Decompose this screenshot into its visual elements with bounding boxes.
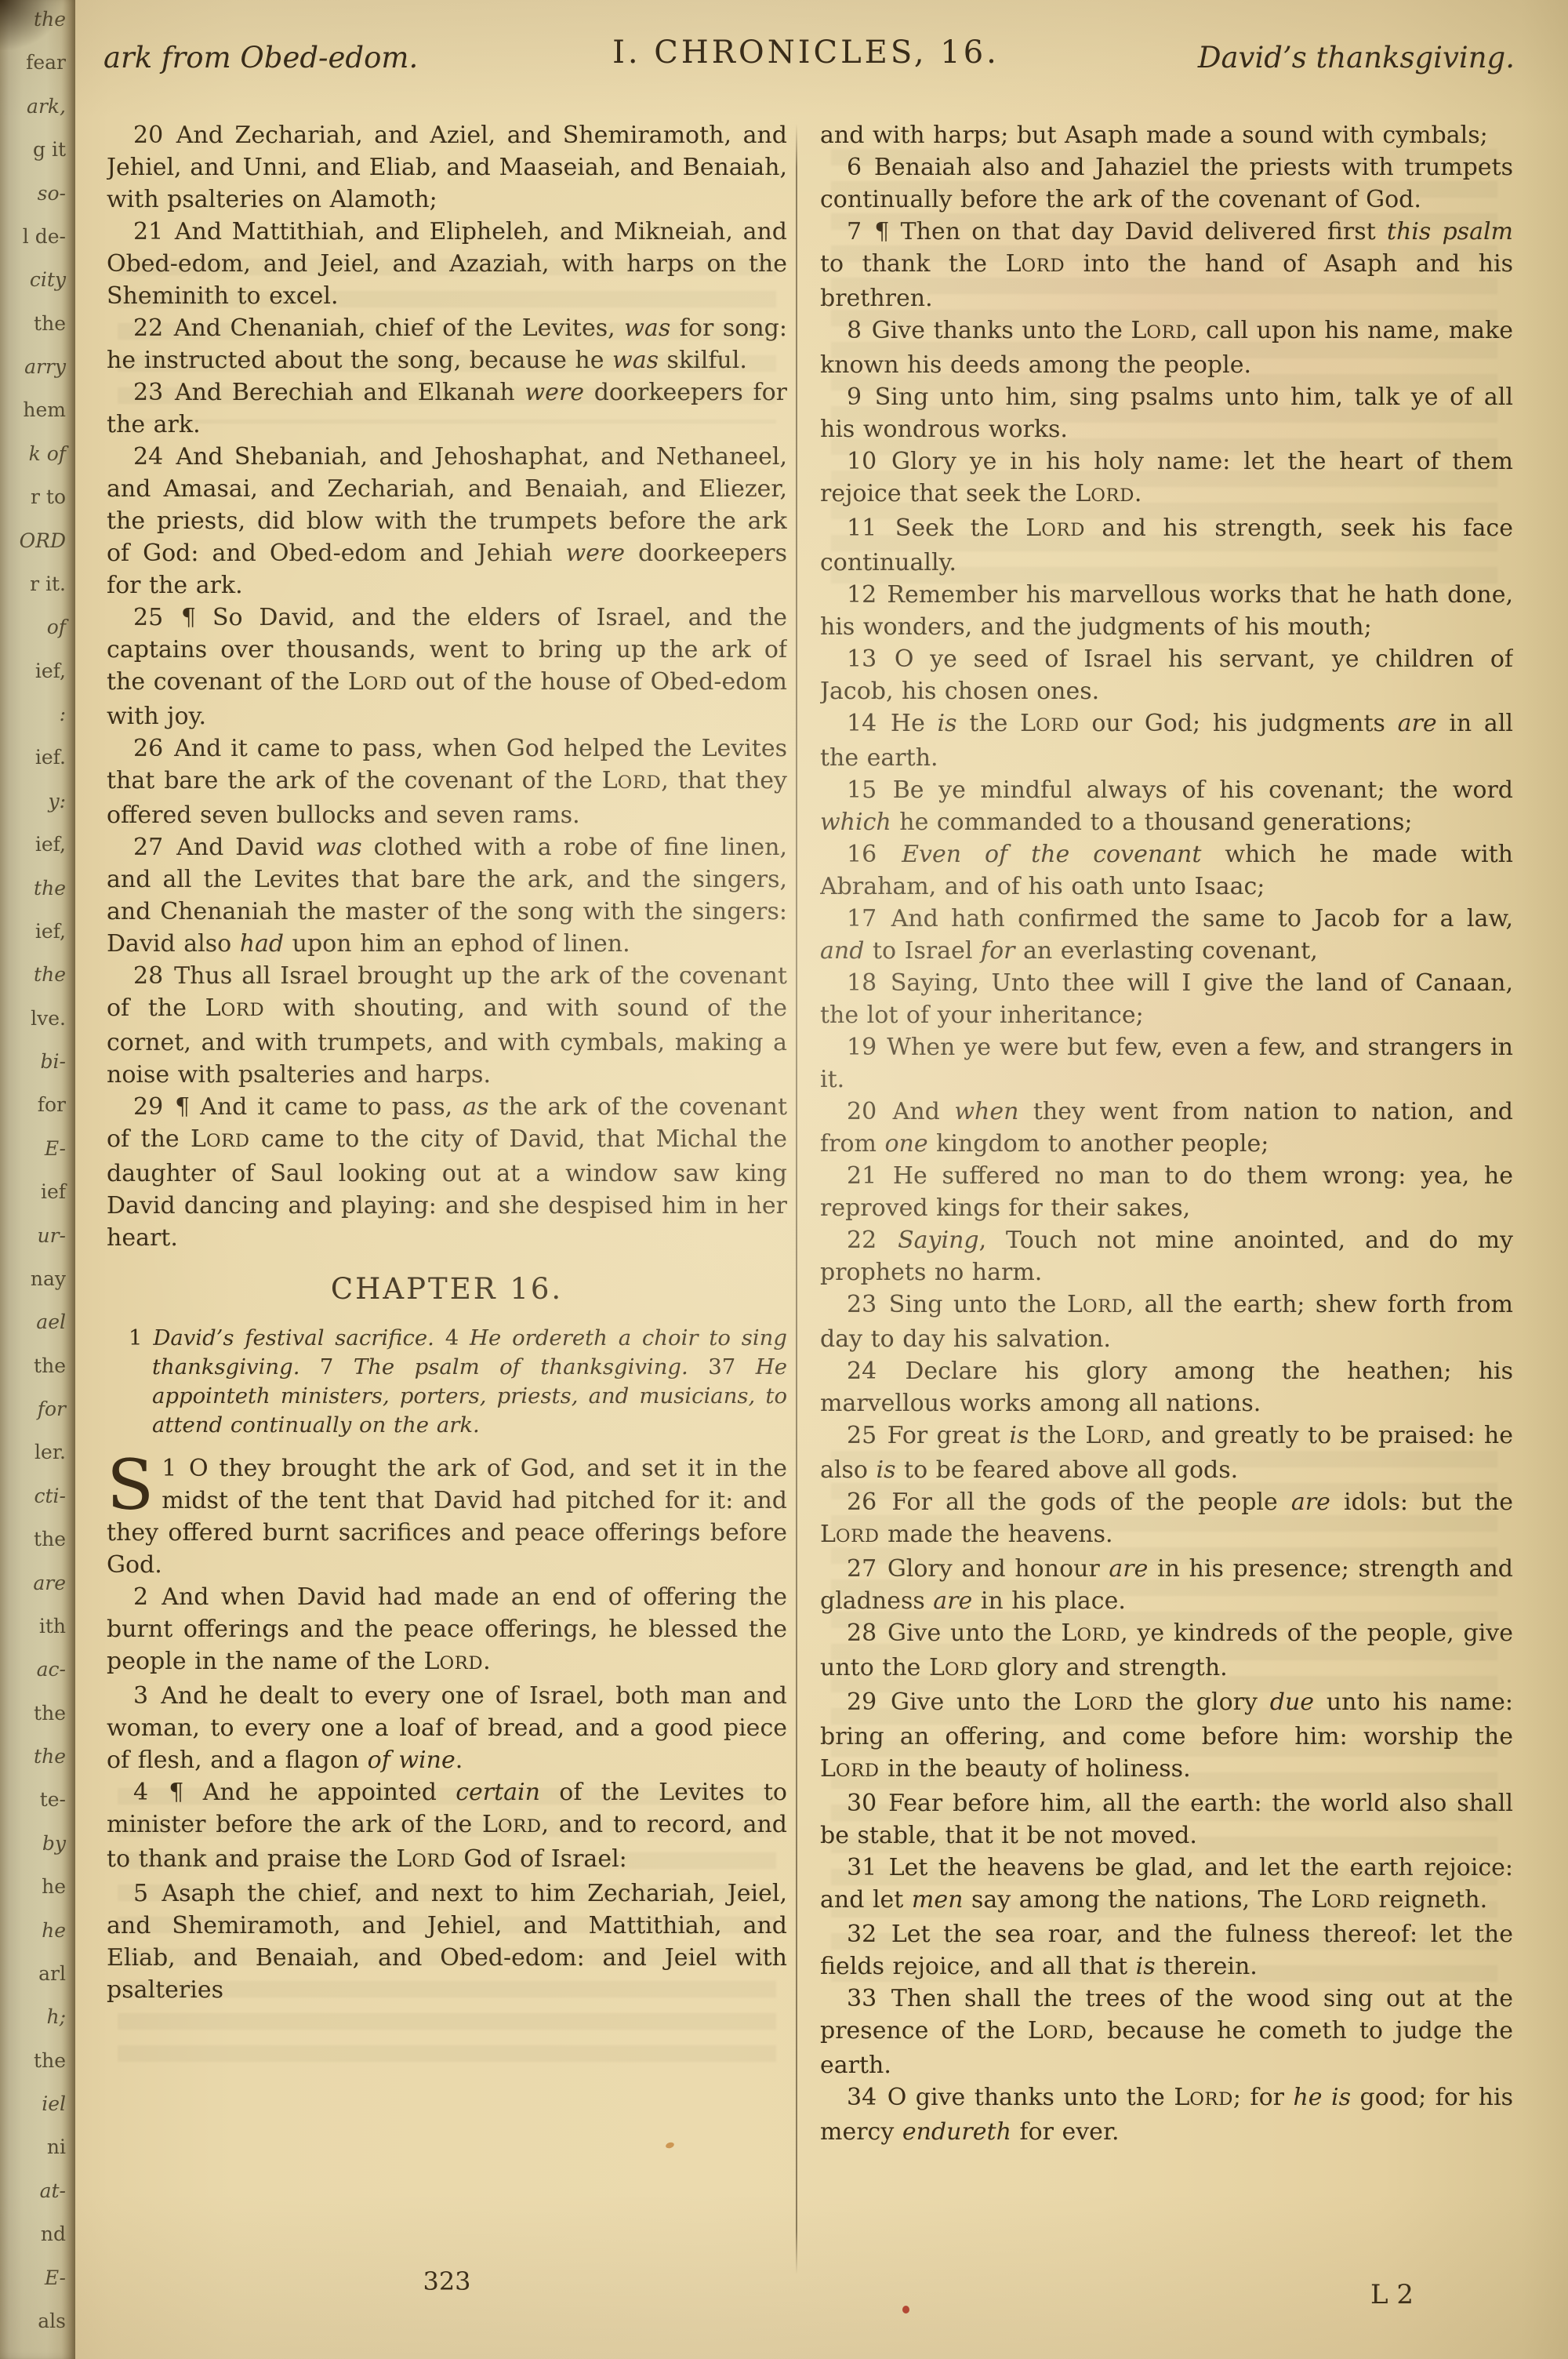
gutter-fragment: the [34, 965, 66, 984]
verse-number: 21 [133, 218, 165, 245]
verse-number: 4 [133, 1779, 150, 1806]
gutter-fragment: ief, [35, 661, 66, 681]
pilcrow-mark: ¶ [169, 1779, 202, 1806]
divine-name-smallcaps: LORD [348, 668, 408, 696]
italic-supplied-word: is [1136, 1953, 1156, 1980]
verse: 5 Asaph the chief, and next to him Zecha… [107, 1877, 787, 2006]
verse-number: 20 [133, 122, 165, 149]
verse-number: 24 [847, 1358, 878, 1385]
red-ink-stain [902, 2306, 909, 2314]
verse: 28 Give unto the LORD, ye kindreds of th… [820, 1617, 1513, 1686]
gutter-fragment: for [38, 1095, 66, 1114]
verse: 27 Glory and honour are in his presence;… [820, 1553, 1513, 1617]
signature-mark: L 2 [1370, 2279, 1414, 2310]
verse-number: 27 [847, 1555, 878, 1583]
verse: S1 O they brought the ark of God, and se… [107, 1452, 787, 1581]
divine-name-smallcaps: LORD [1174, 2084, 1233, 2111]
verse: 24 Declare his glory among the heathen; … [820, 1355, 1513, 1419]
verse-number: 23 [847, 1291, 878, 1318]
verse: 33 Then shall the trees of the wood sing… [820, 1983, 1513, 2081]
gutter-fragment: city [30, 270, 66, 289]
verse: 19 When ye were but few, even a few, and… [820, 1031, 1513, 1096]
divine-name-smallcaps: LORD [191, 1125, 250, 1153]
verse-number: 14 [847, 710, 878, 737]
gutter-fragment: ur- [38, 1226, 67, 1245]
verse: 22 And Chenaniah, chief of the Levites, … [107, 312, 787, 376]
verse: 26 For all the gods of the people are id… [820, 1486, 1513, 1553]
italic-supplied-word: this psalm [1387, 218, 1513, 245]
verse: 23 Sing unto the LORD, all the earth; sh… [820, 1289, 1513, 1355]
gutter-fragment: fear [26, 53, 66, 72]
gutter-fragment: ORD [20, 531, 66, 551]
gutter-fragment: lve. [31, 1009, 66, 1028]
verse: 21 He suffered no man to do them wrong: … [820, 1160, 1513, 1224]
verse: 20 And Zechariah, and Aziel, and Shemira… [107, 119, 787, 216]
drop-cap: S [107, 1452, 162, 1512]
italic-supplied-word: The psalm of thanksgiving. [354, 1354, 708, 1379]
verse: 22 Saying, Touch not mine anointed, and … [820, 1224, 1513, 1289]
gutter-fragment: r it. [30, 574, 66, 594]
verse: 2 And when David had made an end of offe… [107, 1581, 787, 1680]
gutter-fragment: ith [39, 1616, 66, 1636]
italic-supplied-word: he is [1293, 2084, 1351, 2111]
divine-name-smallcaps: LORD [482, 1811, 542, 1838]
gutter-fragment: r to [31, 487, 66, 507]
verse: 6 Benaiah also and Jahaziel the priests … [820, 151, 1513, 216]
italic-supplied-word: and [820, 937, 864, 965]
gutter-fragment: ler. [34, 1442, 66, 1462]
verse: 32 Let the sea roar, and the fulness the… [820, 1918, 1513, 1983]
book-gutter-edge: thefearark,g itso-l de-citythearryhemk o… [0, 0, 75, 2359]
verse-number: 26 [847, 1488, 878, 1516]
italic-supplied-word: as [463, 1093, 488, 1121]
italic-supplied-word: are [1398, 710, 1437, 737]
gutter-fragment: arl [38, 1964, 66, 1983]
verse: 24 And Shebaniah, and Jehoshaphat, and N… [107, 441, 787, 602]
gutter-fragment: ac- [37, 1659, 66, 1679]
verse: 13 O ye seed of Israel his servant, ye c… [820, 643, 1513, 707]
gutter-fragment: y: [48, 791, 66, 811]
italic-supplied-word: is [938, 710, 957, 737]
italic-supplied-word: was [624, 314, 670, 342]
verse-number: 26 [133, 735, 165, 762]
gutter-fragments: thefearark,g itso-l de-citythearryhemk o… [0, 0, 75, 2340]
gutter-fragment: ael [36, 1312, 66, 1332]
scanned-bible-page: thefearark,g itso-l de-citythearryhemk o… [0, 0, 1568, 2359]
verse: 21 And Mattithiah, and Elipheleh, and Mi… [107, 216, 787, 312]
italic-supplied-word: certain [456, 1779, 540, 1806]
gutter-fragment: nd [41, 2224, 66, 2244]
gutter-fragment: he [42, 1877, 66, 1896]
verse-number: 16 [847, 841, 878, 868]
column-divider-rule [796, 124, 797, 2274]
verse-number: 2 [133, 1583, 150, 1611]
verse: 25 ¶ So David, and the elders of Israel,… [107, 602, 787, 732]
gutter-fragment: ni [47, 2137, 66, 2157]
pilcrow-mark: ¶ [181, 604, 212, 631]
verse: 26 And it came to pass, when God helped … [107, 732, 787, 831]
left-column: 20 And Zechariah, and Aziel, and Shemira… [107, 119, 787, 2281]
right-column: and with harps; but Asaph made a sound w… [820, 119, 1513, 2281]
gutter-fragment: arry [24, 357, 66, 376]
gutter-fragment: E- [45, 1139, 66, 1158]
verse-number: 7 [847, 218, 863, 245]
verse-number: 34 [847, 2084, 878, 2111]
photo-corner-shadow [0, 0, 63, 50]
italic-supplied-word: had [240, 930, 284, 958]
page-number: 323 [107, 2266, 787, 2296]
gutter-fragment: the [34, 1356, 66, 1376]
verse: 34 O give thanks unto the LORD; for he i… [820, 2081, 1513, 2148]
verse-number: 19 [847, 1034, 878, 1061]
verse-number: 21 [847, 1162, 878, 1190]
gutter-fragment: the [34, 1703, 66, 1723]
verse-number: 29 [133, 1093, 165, 1121]
verse-number: 28 [133, 962, 165, 990]
divine-name-smallcaps: LORD [1006, 250, 1065, 278]
italic-supplied-word: are [1291, 1488, 1330, 1516]
gutter-fragment: ark, [27, 96, 66, 116]
verse-number: 10 [847, 448, 878, 475]
gutter-fragment: ief. [35, 747, 66, 767]
gutter-fragment: hem [23, 400, 66, 420]
verse-number: 11 [847, 514, 878, 542]
verse: 12 Remember his marvellous works that he… [820, 579, 1513, 643]
divine-name-smallcaps: LORD [1028, 2017, 1087, 2045]
running-head: ark from Obed-edom. I. CHRONICLES, 16. D… [96, 35, 1516, 91]
gutter-fragment: the [34, 314, 66, 333]
divine-name-smallcaps: LORD [1020, 710, 1080, 737]
verse-number: 22 [133, 314, 165, 342]
gutter-fragment: l de- [23, 227, 66, 246]
italic-supplied-word: which [820, 809, 891, 836]
gutter-fragment: g it [33, 140, 66, 159]
gutter-fragment: bi- [41, 1052, 66, 1071]
divine-name-smallcaps: LORD [1085, 1422, 1145, 1449]
italic-supplied-word: due [1270, 1688, 1314, 1716]
italic-supplied-word: are [933, 1587, 972, 1615]
gutter-fragment: are [33, 1573, 66, 1593]
gutter-fragment: ief [41, 1182, 66, 1201]
divine-name-smallcaps: LORD [1062, 1619, 1121, 1647]
verse-number: 25 [133, 604, 165, 631]
verse-number: 6 [847, 154, 863, 181]
verse: 25 For great is the LORD, and greatly to… [820, 1419, 1513, 1486]
gutter-fragment: als [38, 2311, 66, 2331]
divine-name-smallcaps: LORD [205, 994, 265, 1022]
verse-number: 23 [133, 379, 165, 406]
divine-name-smallcaps: LORD [1131, 317, 1191, 344]
verse-number: 1 [162, 1455, 178, 1482]
italic-supplied-word: Even of the covenant [902, 841, 1201, 868]
verse-number: 22 [847, 1227, 878, 1254]
verse: 14 He is the LORD our God; his judgments… [820, 707, 1513, 774]
verse: 16 Even of the covenant which he made wi… [820, 838, 1513, 903]
gutter-fragment: the [34, 2051, 66, 2070]
verse-number: 18 [847, 969, 878, 997]
gutter-fragment: nay [31, 1269, 66, 1289]
chapter-heading: CHAPTER 16. [107, 1273, 787, 1305]
gutter-fragment: at- [40, 2181, 66, 2201]
gutter-fragment: : [60, 704, 66, 724]
verse-number: 13 [847, 645, 878, 673]
divine-name-smallcaps: LORD [1067, 1291, 1127, 1318]
gutter-fragment: by [42, 1834, 66, 1853]
gutter-fragment: h; [46, 2007, 66, 2026]
verse: 20 And when they went from nation to nat… [820, 1096, 1513, 1160]
chapter-summary: 1 David’s festival sacrifice. 4 He order… [107, 1324, 787, 1440]
verse-number: 28 [847, 1619, 878, 1647]
verse-number: 25 [847, 1422, 878, 1449]
verse-number: 3 [133, 1682, 150, 1710]
divine-name-smallcaps: LORD [1075, 480, 1134, 507]
verse: 3 And he dealt to every one of Israel, b… [107, 1680, 787, 1776]
gutter-fragment: ief, [35, 834, 66, 854]
verse: 31 Let the heavens be glad, and let the … [820, 1852, 1513, 1918]
verse: 30 Fear before him, all the earth: the w… [820, 1787, 1513, 1852]
divine-name-smallcaps: LORD [396, 1845, 456, 1873]
verse: 29 Give unto the LORD the glory due unto… [820, 1686, 1513, 1787]
verse: 10 Glory ye in his holy name: let the he… [820, 445, 1513, 512]
gutter-fragment: for [38, 1399, 66, 1419]
divine-name-smallcaps: LORD [424, 1648, 484, 1675]
pilcrow-mark: ¶ [175, 1093, 200, 1121]
verse-number: 27 [133, 834, 165, 861]
italic-supplied-word: endureth [902, 2118, 1011, 2146]
italic-supplied-word: Saying [898, 1227, 979, 1254]
verse: 15 Be ye mindful always of his covenant;… [820, 774, 1513, 838]
gutter-fragment: cti- [34, 1486, 67, 1506]
verse: 18 Saying, Unto thee will I give the lan… [820, 967, 1513, 1031]
italic-supplied-word: is [876, 1456, 895, 1484]
verse: 4 ¶ And he appointed certain of the Levi… [107, 1776, 787, 1877]
verse-number: 17 [847, 905, 878, 932]
italic-supplied-word: David’s festival sacrifice. [153, 1325, 445, 1350]
divine-name-smallcaps: LORD [929, 1654, 989, 1681]
gutter-fragment: he [42, 1921, 66, 1940]
verse: 27 And David was clothed with a robe of … [107, 831, 787, 960]
verse-number: 32 [847, 1921, 878, 1948]
verse-number: 15 [847, 776, 878, 804]
verse: 17 And hath confirmed the same to Jacob … [820, 903, 1513, 967]
pilcrow-mark: ¶ [874, 218, 900, 245]
gutter-fragment: the [34, 1529, 66, 1549]
gutter-fragment: k of [29, 444, 66, 463]
verse: 28 Thus all Israel brought up the ark of… [107, 960, 787, 1091]
verse: 9 Sing unto him, sing psalms unto him, t… [820, 381, 1513, 445]
verse-number: 9 [847, 383, 863, 411]
divine-name-smallcaps: LORD [820, 1755, 880, 1783]
divine-name-smallcaps: LORD [602, 767, 662, 794]
verse: 29 ¶ And it came to pass, as the ark of … [107, 1091, 787, 1254]
italic-supplied-word: were [524, 379, 584, 406]
verse-number: 33 [847, 1985, 878, 2012]
italic-supplied-word: one [885, 1130, 928, 1158]
verse-number: 5 [133, 1880, 150, 1907]
italic-supplied-word: of wine [368, 1747, 456, 1774]
gutter-fragment: E- [45, 2268, 66, 2288]
divine-name-smallcaps: LORD [1074, 1688, 1134, 1716]
verse: 8 Give thanks unto the LORD, call upon h… [820, 314, 1513, 381]
italic-supplied-word: was [316, 834, 362, 861]
verse-number: 30 [847, 1790, 878, 1817]
italic-supplied-word: men [912, 1886, 964, 1914]
verse-number: 29 [847, 1688, 878, 1716]
verse-number: 8 [847, 317, 863, 344]
verses-ch15: 20 And Zechariah, and Aziel, and Shemira… [107, 119, 787, 1254]
italic-supplied-word: is [1009, 1422, 1029, 1449]
gutter-fragment: the [34, 878, 66, 898]
divine-name-smallcaps: LORD [820, 1521, 880, 1548]
gutter-fragment: iel [42, 2094, 66, 2114]
verse: and with harps; but Asaph made a sound w… [820, 119, 1513, 151]
verse-number: 20 [847, 1098, 878, 1125]
italic-supplied-word: are [1109, 1555, 1148, 1583]
verses-right: and with harps; but Asaph made a sound w… [820, 119, 1513, 2148]
verse-number: 12 [847, 581, 878, 609]
running-head-right: David’s thanksgiving. [1198, 41, 1515, 75]
italic-supplied-word: were [565, 540, 625, 567]
verses-ch16: S1 O they brought the ark of God, and se… [107, 1452, 787, 2006]
verse: 7 ¶ Then on that day David delivered fir… [820, 216, 1513, 314]
verse-number: 24 [133, 443, 165, 471]
verse: 11 Seek the LORD and his strength, seek … [820, 512, 1513, 579]
italic-supplied-word: was [612, 347, 659, 374]
verse: 23 And Berechiah and Elkanah were doorke… [107, 376, 787, 441]
gutter-fragment: of [47, 617, 66, 637]
gutter-fragment: te- [40, 1790, 66, 1809]
gutter-fragment: ief, [35, 921, 66, 941]
italic-supplied-word: when [954, 1098, 1018, 1125]
italic-supplied-word: for [981, 937, 1015, 965]
gutter-fragment: so- [38, 184, 66, 203]
verse-number: 31 [847, 1854, 878, 1881]
gutter-fragment: the [34, 1747, 66, 1766]
divine-name-smallcaps: LORD [1311, 1886, 1370, 1914]
divine-name-smallcaps: LORD [1025, 514, 1085, 542]
